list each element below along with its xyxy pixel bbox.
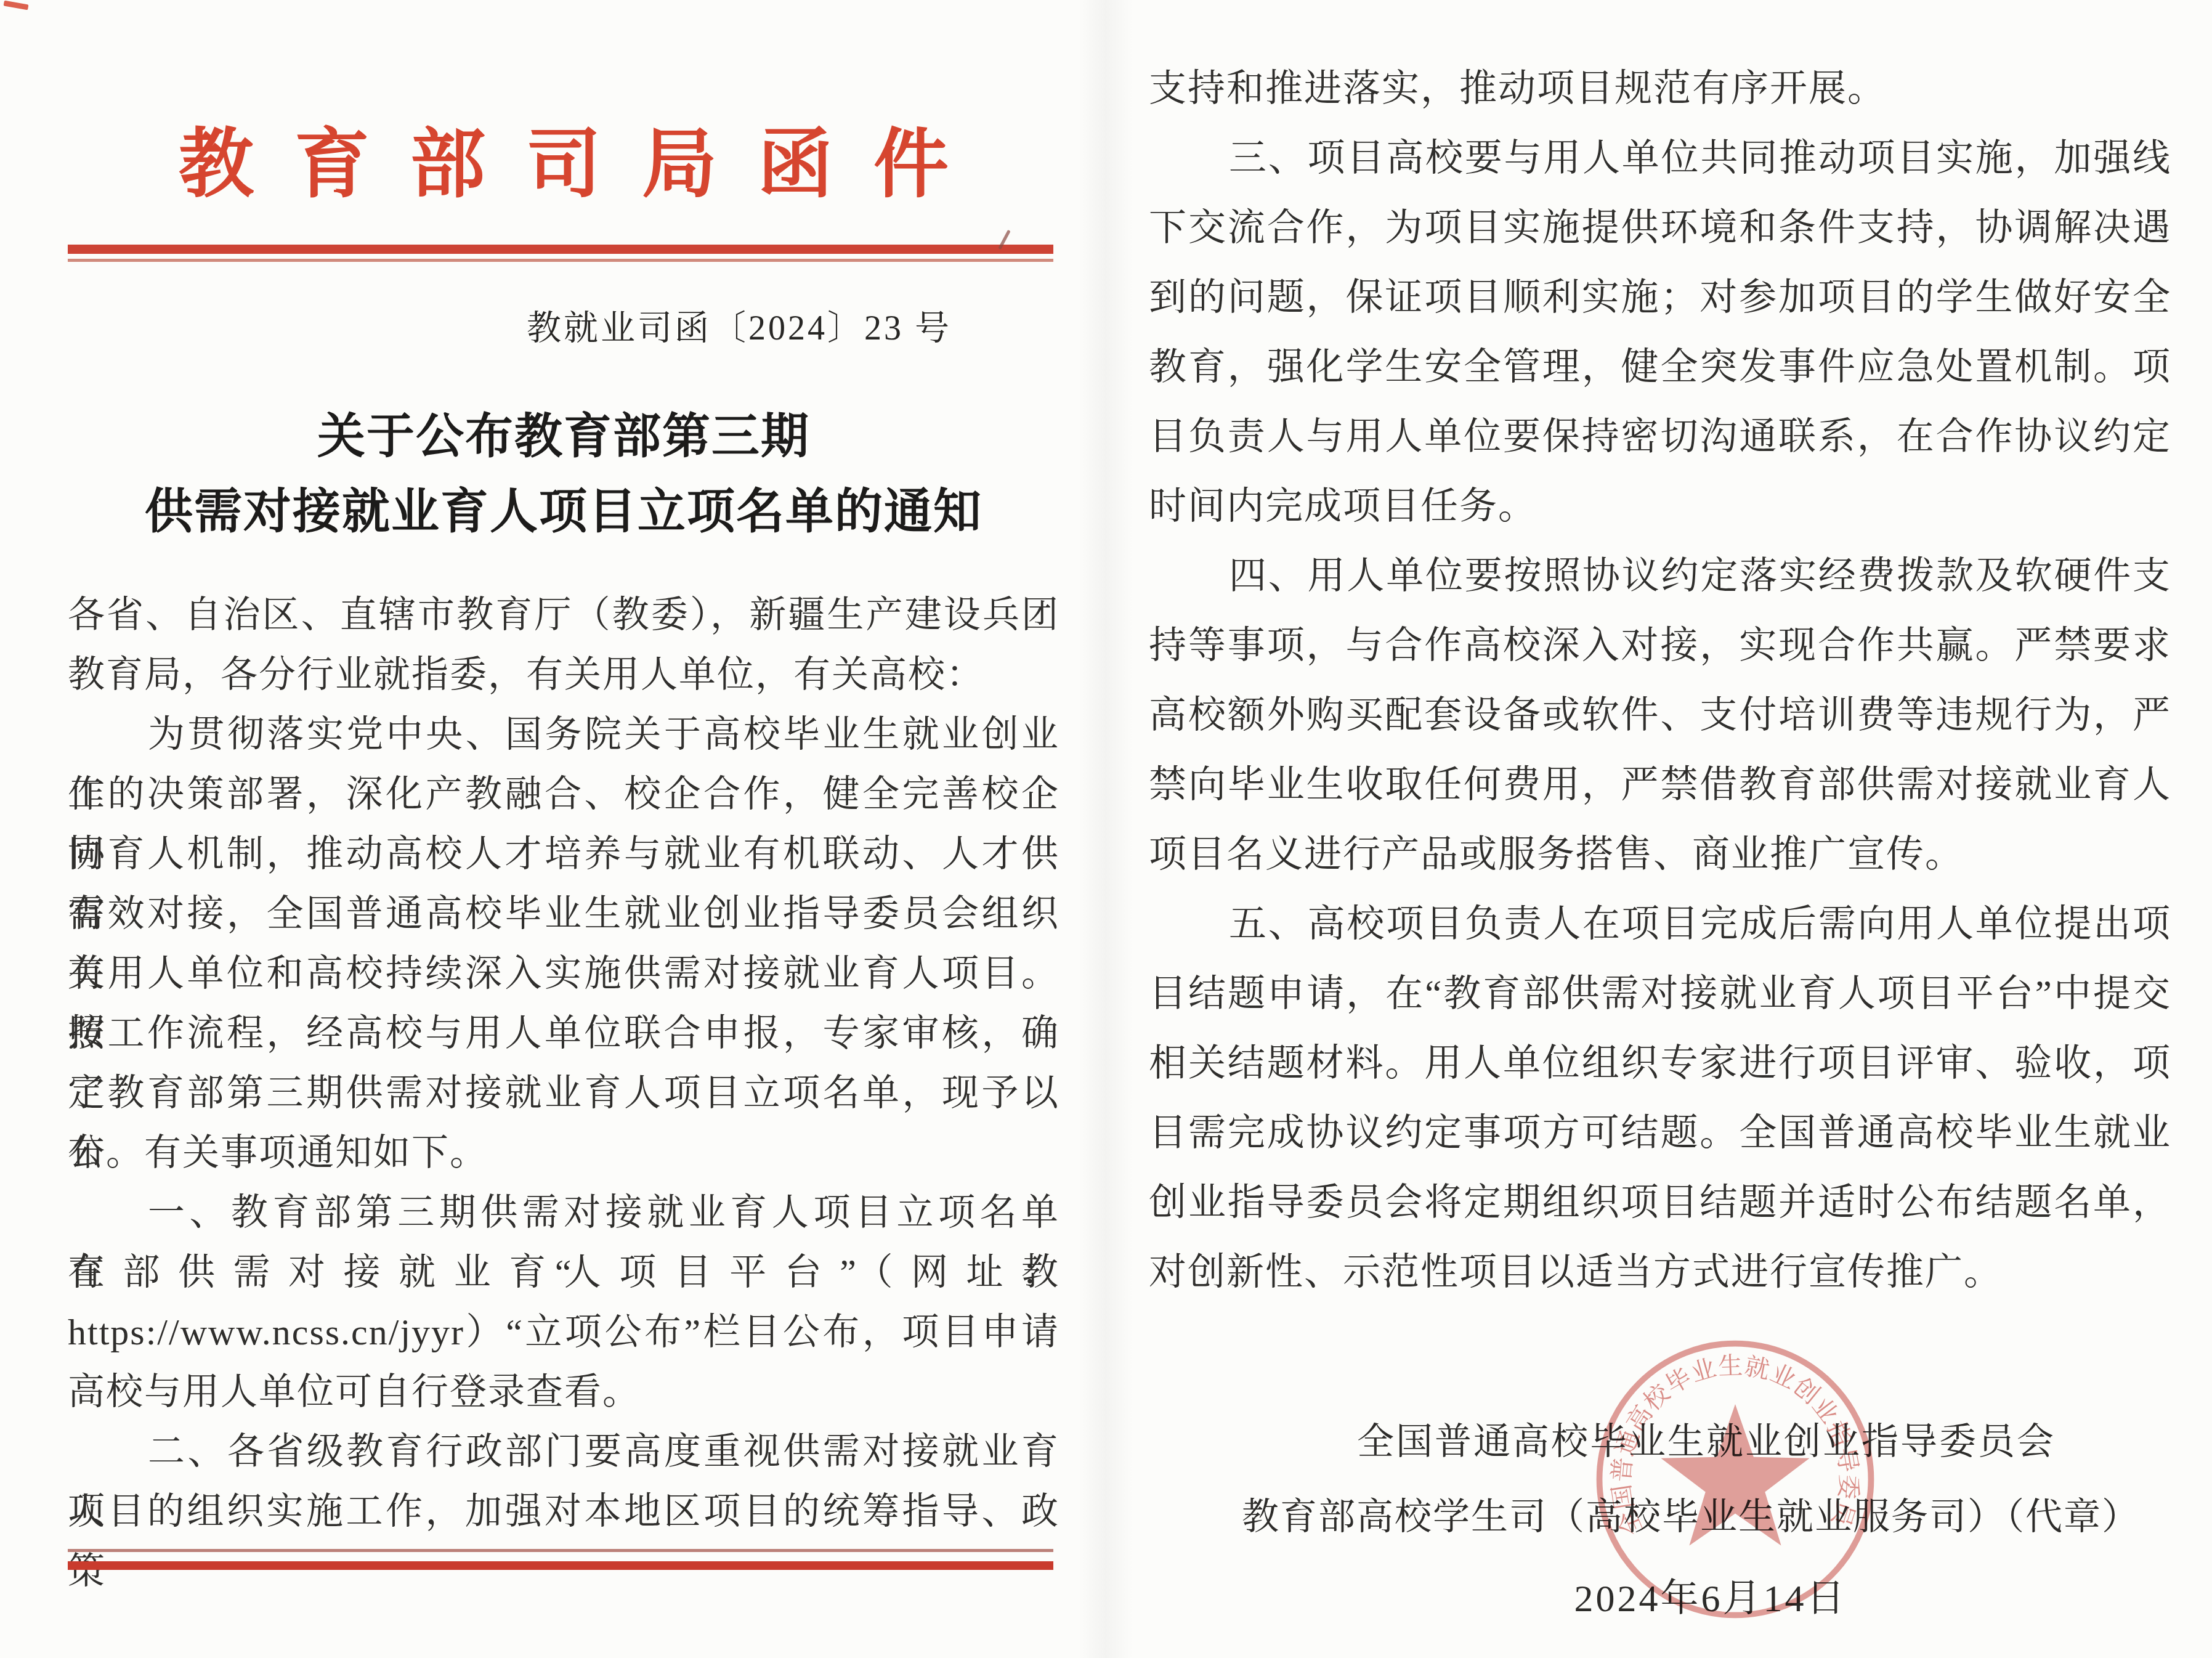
body-line: 照工作流程，经高校与用人单位联合申报，专家审核，确定 — [68, 1004, 1059, 1063]
body-line: 五、高校项目负责人在项目完成后需向用人单位提出项 — [1149, 890, 2171, 959]
right-page-body: 支持和推进落实，推动项目规范有序开展。三、项目高校要与用人单位共同推动项目实施，… — [1149, 54, 2171, 1307]
official-red-seal: 全国普通高校毕业生就业创业指导委员会 — [1588, 1332, 1882, 1627]
left-page-body: 各省、自治区、直辖市教育厅（教委），新疆生产建设兵团教育局，各分行业就指委，有关… — [68, 585, 1059, 1542]
body-line: 三、项目高校要与用人单位共同推动项目实施，加强线 — [1149, 124, 2171, 193]
body-line: 有效对接，全国普通高校毕业生就业创业指导委员会组织有 — [68, 884, 1059, 944]
document-title: 关于公布教育部第三期 供需对接就业育人项目立项名单的通知 — [68, 399, 1059, 550]
body-line: https://www.ncss.cn/jyyr）“立项公布”栏目公布，项目申请 — [68, 1302, 1059, 1362]
body-line: 目结题申请，在“教育部供需对接就业育人项目平台”中提交 — [1149, 959, 2171, 1029]
body-line: 为贯彻落实党中央、国务院关于高校毕业生就业创业工 — [68, 705, 1059, 765]
body-line: 了教育部第三期供需对接就业育人项目立项名单，现予以公 — [68, 1063, 1059, 1123]
red-corner-mark — [4, 1, 29, 10]
body-line: 布。有关事项通知如下。 — [68, 1123, 1059, 1183]
document-number: 教就业司函〔2024〕23 号 — [527, 301, 952, 350]
body-line: 各省、自治区、直辖市教育厅（教委），新疆生产建设兵团 — [68, 585, 1059, 645]
scanned-document-page: { "document": { "header": { "title": "教育… — [0, 0, 2212, 1658]
body-line: 目需完成协议约定事项方可结题。全国普通高校毕业生就业 — [1149, 1099, 2171, 1168]
body-line: 项目的组织实施工作，加强对本地区项目的统筹指导、政策 — [68, 1482, 1059, 1542]
header-rule-thick — [68, 245, 1053, 254]
body-line: 支持和推进落实，推动项目规范有序开展。 — [1149, 54, 2171, 124]
body-line: 到的问题，保证项目顺利实施；对参加项目的学生做好安全 — [1149, 263, 2171, 333]
body-line: 作的决策部署，深化产教融合、校企合作，健全完善校企协 — [68, 765, 1059, 824]
body-line: 禁向毕业生收取任何费用，严禁借教育部供需对接就业育人 — [1149, 750, 2171, 820]
body-line: 高校与用人单位可自行登录查看。 — [68, 1362, 1059, 1422]
body-line: 二、各省级教育行政部门要高度重视供需对接就业育人 — [68, 1422, 1059, 1482]
body-line: 相关结题材料。用人单位组织专家进行项目评审、验收，项 — [1149, 1029, 2171, 1099]
body-line: 育部供需对接就业育人项目平台”（网址： — [68, 1243, 1059, 1302]
body-line: 同育人机制，推动高校人才培养与就业有机联动、人才供需 — [68, 824, 1059, 884]
body-line: 高校额外购买配套设备或软件、支付培训费等违规行为，严 — [1149, 681, 2171, 750]
footer-rule-thin — [68, 1549, 1053, 1552]
document-title-line-1: 关于公布教育部第三期 — [68, 399, 1059, 474]
body-line: 下交流合作，为项目实施提供环境和条件支持，协调解决遇 — [1149, 193, 2171, 263]
header-rule-thin — [68, 259, 1053, 262]
body-line: 四、用人单位要按照协议约定落实经费拨款及软硬件支 — [1149, 542, 2171, 611]
seal-star-icon — [1661, 1404, 1809, 1545]
document-header-title: 教育部司局函件 — [68, 123, 1059, 206]
body-line: 时间内完成项目任务。 — [1149, 472, 2171, 542]
body-line: 项目名义进行产品或服务搭售、商业推广宣传。 — [1149, 820, 2171, 890]
body-line: 目负责人与用人单位要保持密切沟通联系，在合作协议约定 — [1149, 402, 2171, 472]
body-line: 一、教育部第三期供需对接就业育人项目立项名单在“教 — [68, 1183, 1059, 1243]
page-fold-shadow — [1078, 0, 1133, 1658]
document-title-line-2: 供需对接就业育人项目立项名单的通知 — [68, 474, 1059, 550]
body-line: 对创新性、示范性项目以适当方式进行宣传推广。 — [1149, 1238, 2171, 1307]
body-line: 创业指导委员会将定期组织项目结题并适时公布结题名单， — [1149, 1168, 2171, 1238]
body-line: 教育，强化学生安全管理，健全突发事件应急处置机制。项 — [1149, 333, 2171, 402]
footer-rule-thick — [68, 1561, 1053, 1570]
body-line: 关用人单位和高校持续深入实施供需对接就业育人项目。按 — [68, 944, 1059, 1004]
body-line: 持等事项，与合作高校深入对接，实现合作共赢。严禁要求 — [1149, 611, 2171, 681]
body-line: 教育局，各分行业就指委，有关用人单位，有关高校： — [68, 645, 1059, 705]
